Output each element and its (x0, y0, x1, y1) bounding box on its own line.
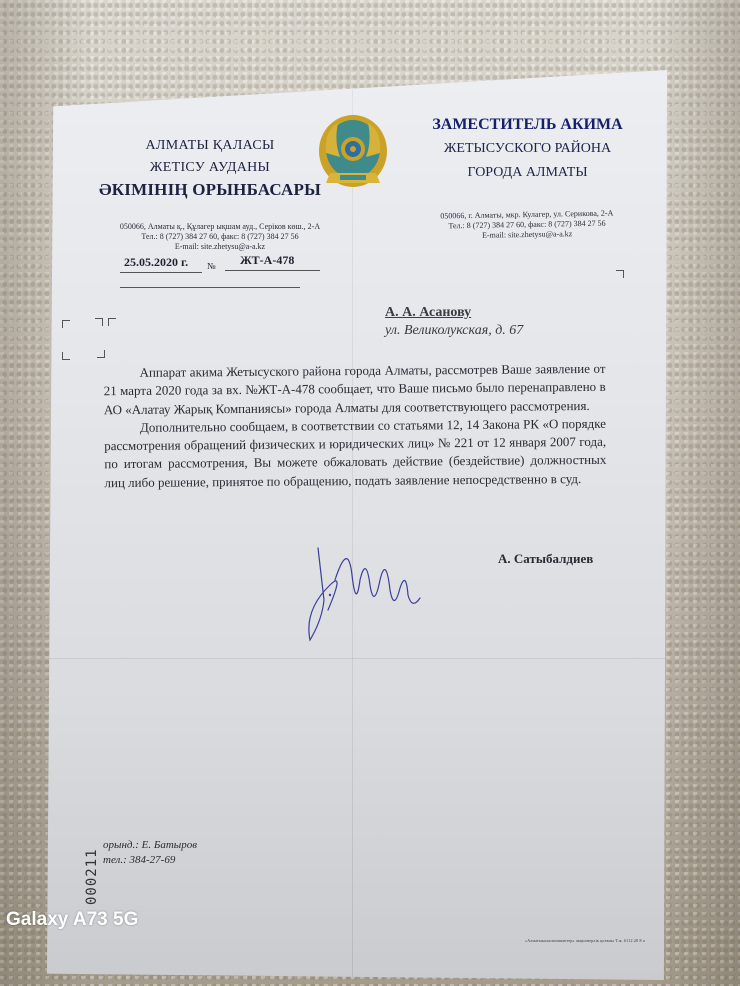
corner-mark (616, 270, 624, 278)
recipient-block: А. А. Асанову ул. Великолукская, д. 67 (385, 305, 523, 339)
body-paragraph: Аппарат акима Жетысуского района города … (103, 360, 605, 419)
email-kz: E-mail: site.zhetysu@a-a.kz (100, 242, 340, 252)
camera-watermark: Galaxy A73 5G (6, 909, 138, 931)
corner-mark (108, 318, 116, 326)
date-underline (120, 272, 202, 273)
recipient-name: А. А. Асанову (385, 305, 523, 321)
letterhead-kazakh: АЛМАТЫ ҚАЛАСЫ ЖЕТІСУ АУДАНЫ ӘКІМІНІҢ ОРЫ… (85, 135, 335, 201)
number-underline (225, 270, 320, 271)
phone-kz: Тел.: 8 (727) 384 27 60, факс: 8 (727) 3… (100, 232, 340, 242)
corner-mark (62, 320, 70, 328)
state-emblem-icon (316, 113, 390, 191)
letterhead-russian: ЗАМЕСТИТЕЛЬ АКИМА ЖЕТЫСУСКОГО РАЙОНА ГОР… (405, 113, 650, 185)
executor-name: орынд.: Е. Батыров (103, 838, 197, 853)
fold-line-vertical (352, 70, 353, 980)
registration-number: ЖТ-А-478 (240, 253, 294, 268)
letter-body: Аппарат акима Жетысуского района города … (103, 360, 606, 492)
letterhead-kz-line3: ӘКІМІНІҢ ОРЫНБАСАРЫ (85, 179, 335, 201)
corner-mark (97, 350, 105, 358)
letterhead-ru-line3: ГОРОДА АЛМАТЫ (405, 161, 650, 185)
executor-phone: тел.: 384-27-69 (103, 853, 197, 868)
letterhead-kz-line1: АЛМАТЫ ҚАЛАСЫ (85, 135, 335, 157)
executor-block: орынд.: Е. Батыров тел.: 384-27-69 (103, 838, 197, 868)
printer-imprint: «Алматыкаласкомпьютер» акционерлік қоғам… (525, 938, 645, 943)
serial-number: 000211 (84, 848, 100, 905)
corner-mark (62, 352, 70, 360)
address-block-kazakh: 050066, Алматы қ., Құлагер ықшам ауд., С… (100, 222, 340, 252)
signer-name: А. Сатыбалдиев (498, 551, 593, 567)
recipient-address: ул. Великолукская, д. 67 (385, 323, 523, 339)
letterhead-kz-line2: ЖЕТІСУ АУДАНЫ (85, 157, 335, 179)
registration-date: 25.05.2020 г. (124, 255, 188, 270)
address-block-russian: 050066, г. Алматы, мкр. Кулагер, ул. Сер… (412, 208, 642, 242)
letterhead-ru-line1: ЗАМЕСТИТЕЛЬ АКИМА (405, 113, 650, 137)
body-paragraph: Дополнительно сообщаем, в соответствии с… (104, 415, 607, 493)
blank-underline (120, 287, 300, 288)
corner-mark (95, 318, 103, 326)
number-sign: № (207, 261, 216, 271)
address-kz: 050066, Алматы қ., Құлагер ықшам ауд., С… (100, 222, 340, 232)
fold-line-horizontal (47, 658, 667, 659)
handwritten-signature (300, 540, 430, 650)
letterhead-ru-line2: ЖЕТЫСУСКОГО РАЙОНА (405, 137, 650, 161)
